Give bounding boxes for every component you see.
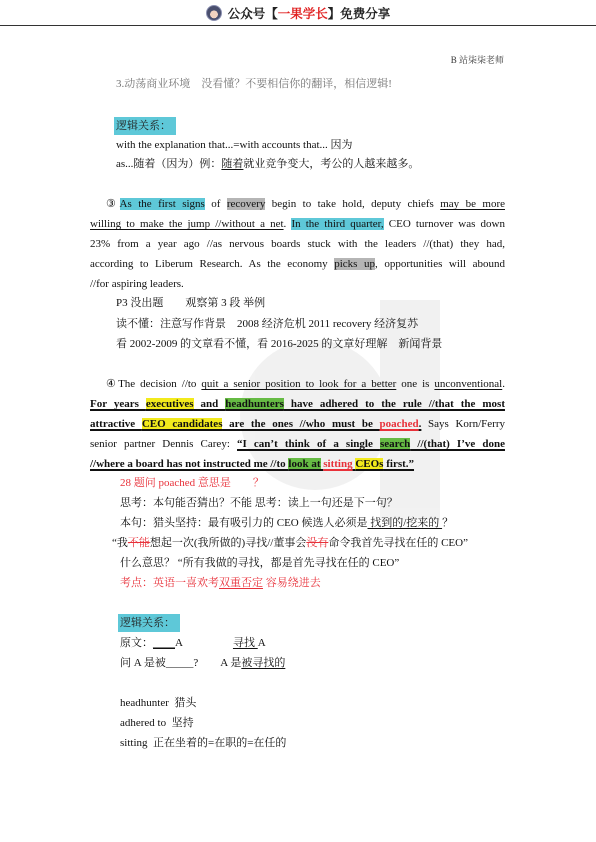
logic-row: 原文：____A寻找 A xyxy=(120,635,266,651)
vocab-item: adhered to 坚持 xyxy=(120,715,194,731)
passage-paragraph-4: ④The decision //to quit a senior positio… xyxy=(90,374,505,474)
vocab-item: sitting 正在坐着的=在职的=在任的 xyxy=(120,735,286,751)
key-point-note: 考点：英语一喜欢考双重否定 容易绕进去 xyxy=(120,575,321,591)
logic-tag: 逻辑关系： xyxy=(114,117,176,135)
logic-row: 问 A 是被_____?A 是被寻找的 xyxy=(120,655,285,671)
avatar-icon xyxy=(206,5,222,21)
teacher-label: B 站柒柒老师 xyxy=(451,53,504,66)
note-line: P3 没出题 观察第 3 段 举例 xyxy=(116,295,265,311)
passage-paragraph-3: ③As the first signs of recovery begin to… xyxy=(90,194,505,294)
header-title: 公众号【一果学长】免费分享 xyxy=(228,4,391,22)
note-line: 本句：猎头坚持：最有吸引力的 CEO 候选人必须是 找到的/挖来的 ？ xyxy=(120,515,453,531)
note-line: 看 2002-2009 的文章看不懂，看 2016-2025 的文章好理解 新闻… xyxy=(116,336,442,352)
note-line: 思考：本句能否猜出？不能 思考：读上一句还是下一句？ xyxy=(120,495,398,511)
note-line: as...随着（因为）例：随着就业竞争变大，考公的人越来越多。 xyxy=(116,156,419,172)
page-header: 公众号【一果学长】免费分享 xyxy=(0,0,596,26)
note-line: 什么意思？ “所有我做的寻找，都是首先寻找在任的 CEO” xyxy=(120,555,399,571)
vocab-item: headhunter 猎头 xyxy=(120,695,196,711)
logic-tag: 逻辑关系： xyxy=(118,614,180,632)
note-line: with the explanation that...=with accoun… xyxy=(116,137,353,153)
note-line: “我不能想起一次(我所做的)寻找//董事会没有命令我首先寻找在任的 CEO” xyxy=(112,535,468,551)
section-title: 3.动荡商业环境 没看懂？不要相信你的翻译，相信逻辑! xyxy=(116,76,392,92)
note-line: 读不懂：注意写作背景 2008 经济危机 2011 recovery 经济复苏 xyxy=(116,316,418,332)
question-note: 28 题问 poached 意思是 ？ xyxy=(120,475,264,491)
